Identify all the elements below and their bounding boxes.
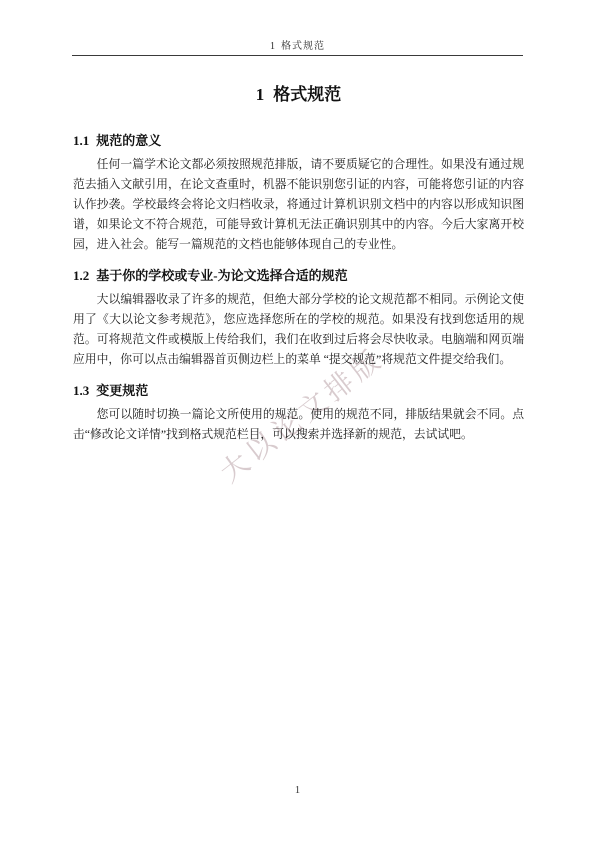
running-header: 1格式规范 xyxy=(72,37,523,56)
section-paragraph: 任何一篇学术论文都必须按照规范排版，请不要质疑它的合理性。如果没有通过规范去插入… xyxy=(73,154,524,254)
chapter-title: 1格式规范 xyxy=(73,84,524,106)
section-number: 1.2 xyxy=(73,268,89,283)
section-number: 1.1 xyxy=(73,133,89,148)
section-heading-1-2: 1.2基于你的学校或专业-为论文选择合适的规范 xyxy=(73,267,524,284)
section-1-3: 1.3变更规范 您可以随时切换一篇论文所使用的规范。使用的规范不同，排版结果就会… xyxy=(73,382,524,444)
chapter-title-text: 格式规范 xyxy=(273,85,341,104)
section-number: 1.3 xyxy=(73,383,89,398)
section-heading-1-1: 1.1规范的意义 xyxy=(73,132,524,149)
document-page: 1格式规范 大以论文排版 1格式规范 1.1规范的意义 任何一篇学术论文都必须按… xyxy=(0,0,595,842)
section-1-2: 1.2基于你的学校或专业-为论文选择合适的规范 大以编辑器收录了许多的规范，但绝… xyxy=(73,267,524,369)
section-heading-1-3: 1.3变更规范 xyxy=(73,382,524,399)
section-1-1: 1.1规范的意义 任何一篇学术论文都必须按照规范排版，请不要质疑它的合理性。如果… xyxy=(73,132,524,254)
section-title-text: 基于你的学校或专业-为论文选择合适的规范 xyxy=(96,268,347,283)
chapter-number: 1 xyxy=(256,85,265,104)
page-number: 1 xyxy=(0,785,595,796)
section-title-text: 规范的意义 xyxy=(96,133,161,148)
running-header-chapter-number: 1 xyxy=(270,41,276,52)
section-paragraph: 您可以随时切换一篇论文所使用的规范。使用的规范不同，排版结果就会不同。点击“修改… xyxy=(73,404,524,444)
running-header-chapter-title: 格式规范 xyxy=(281,41,325,52)
section-title-text: 变更规范 xyxy=(96,383,148,398)
document-body: 1格式规范 1.1规范的意义 任何一篇学术论文都必须按照规范排版，请不要质疑它的… xyxy=(73,72,524,444)
section-paragraph: 大以编辑器收录了许多的规范，但绝大部分学校的论文规范都不相同。示例论文使用了《大… xyxy=(73,289,524,369)
